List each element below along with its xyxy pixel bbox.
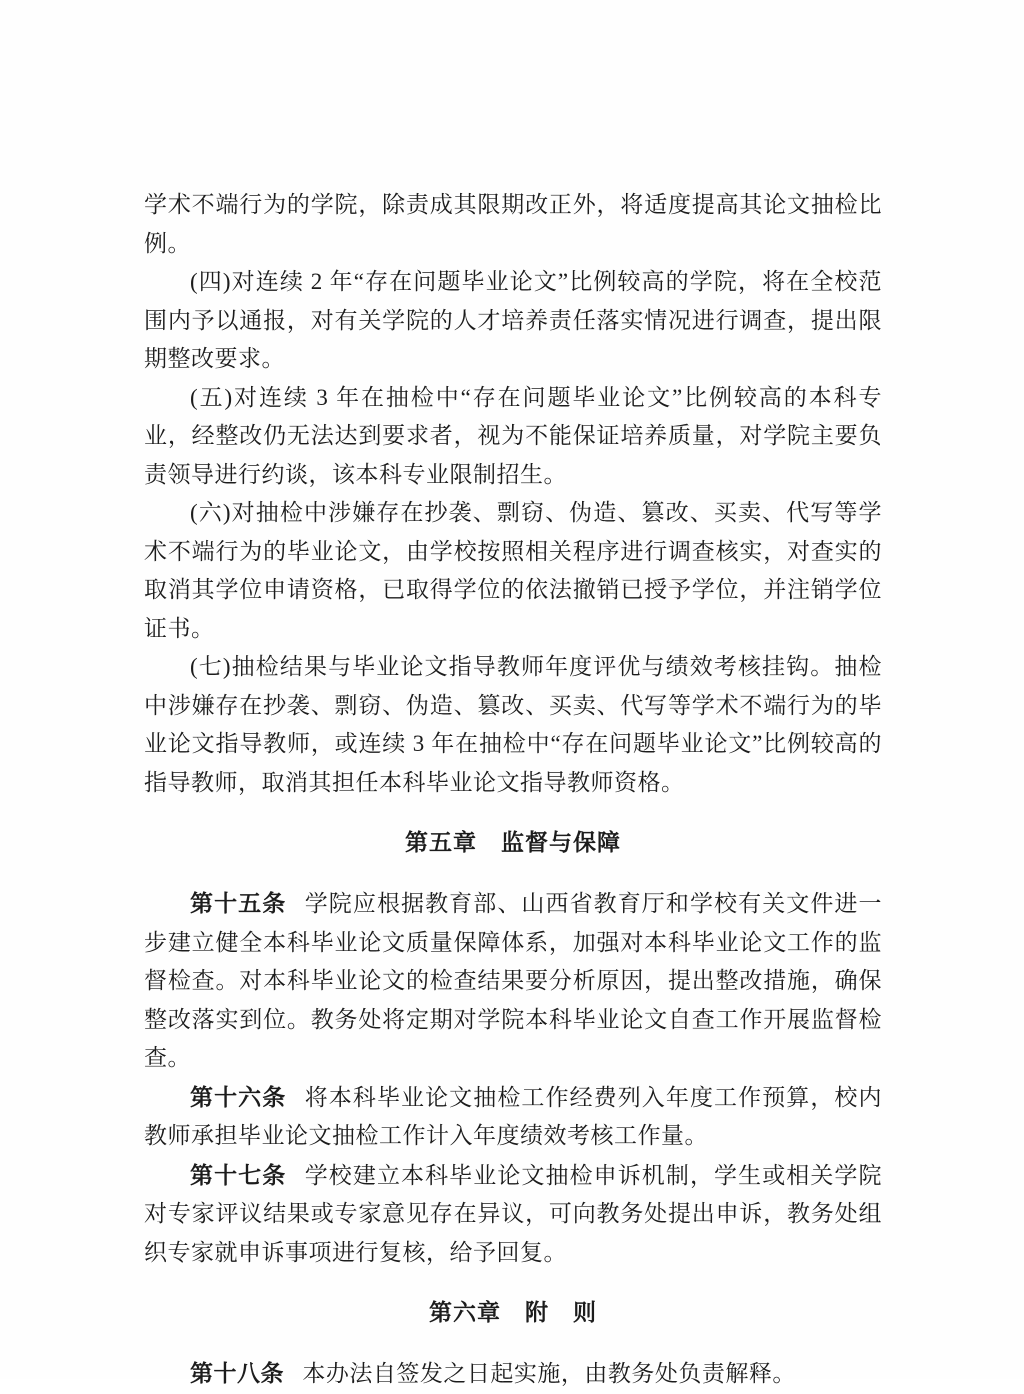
article-17-number: 第十七条 [190, 1162, 286, 1188]
article-18-number: 第十八条 [190, 1360, 284, 1386]
chapter-5-heading: 第五章 监督与保障 [144, 823, 882, 861]
article-16-number: 第十六条 [190, 1084, 286, 1110]
paragraph-item-4: (四)对连续 2 年“存在问题毕业论文”比例较高的学院，将在全校范围内予以通报，… [144, 263, 882, 379]
paragraph-article-15: 第十五条学院应根据教育部、山西省教育厅和学校有关文件进一步建立健全本科毕业论文质… [144, 884, 882, 1078]
document-page: 学术不端行为的学院，除责成其限期改正外，将适度提高其论文抽检比例。 (四)对连续… [0, 0, 1024, 1379]
paragraph-item-5: (五)对连续 3 年在抽检中“存在问题毕业论文”比例较高的本科专业，经整改仍无法… [144, 379, 882, 495]
paragraph-intro-continuation: 学术不端行为的学院，除责成其限期改正外，将适度提高其论文抽检比例。 [144, 186, 882, 263]
paragraph-item-7: (七)抽检结果与毕业论文指导教师年度评优与绩效考核挂钩。抽检中涉嫌存在抄袭、剽窃… [144, 648, 882, 802]
paragraph-item-6: (六)对抽检中涉嫌存在抄袭、剽窃、伪造、篡改、买卖、代写等学术不端行为的毕业论文… [144, 494, 882, 648]
article-15-text: 学院应根据教育部、山西省教育厅和学校有关文件进一步建立健全本科毕业论文质量保障体… [144, 891, 882, 1070]
paragraph-article-17: 第十七条学校建立本科毕业论文抽检申诉机制，学生或相关学院对专家评议结果或专家意见… [144, 1156, 882, 1273]
article-18-text: 本办法自签发之日起实施，由教务处负责解释。 [302, 1361, 796, 1386]
chapter-6-heading: 第六章 附 则 [144, 1293, 882, 1331]
article-15-number: 第十五条 [190, 890, 286, 916]
paragraph-article-18: 第十八条本办法自签发之日起实施，由教务处负责解释。 [144, 1354, 882, 1394]
paragraph-article-16: 第十六条将本科毕业论文抽检工作经费列入年度工作预算，校内教师承担毕业论文抽检工作… [144, 1078, 882, 1156]
